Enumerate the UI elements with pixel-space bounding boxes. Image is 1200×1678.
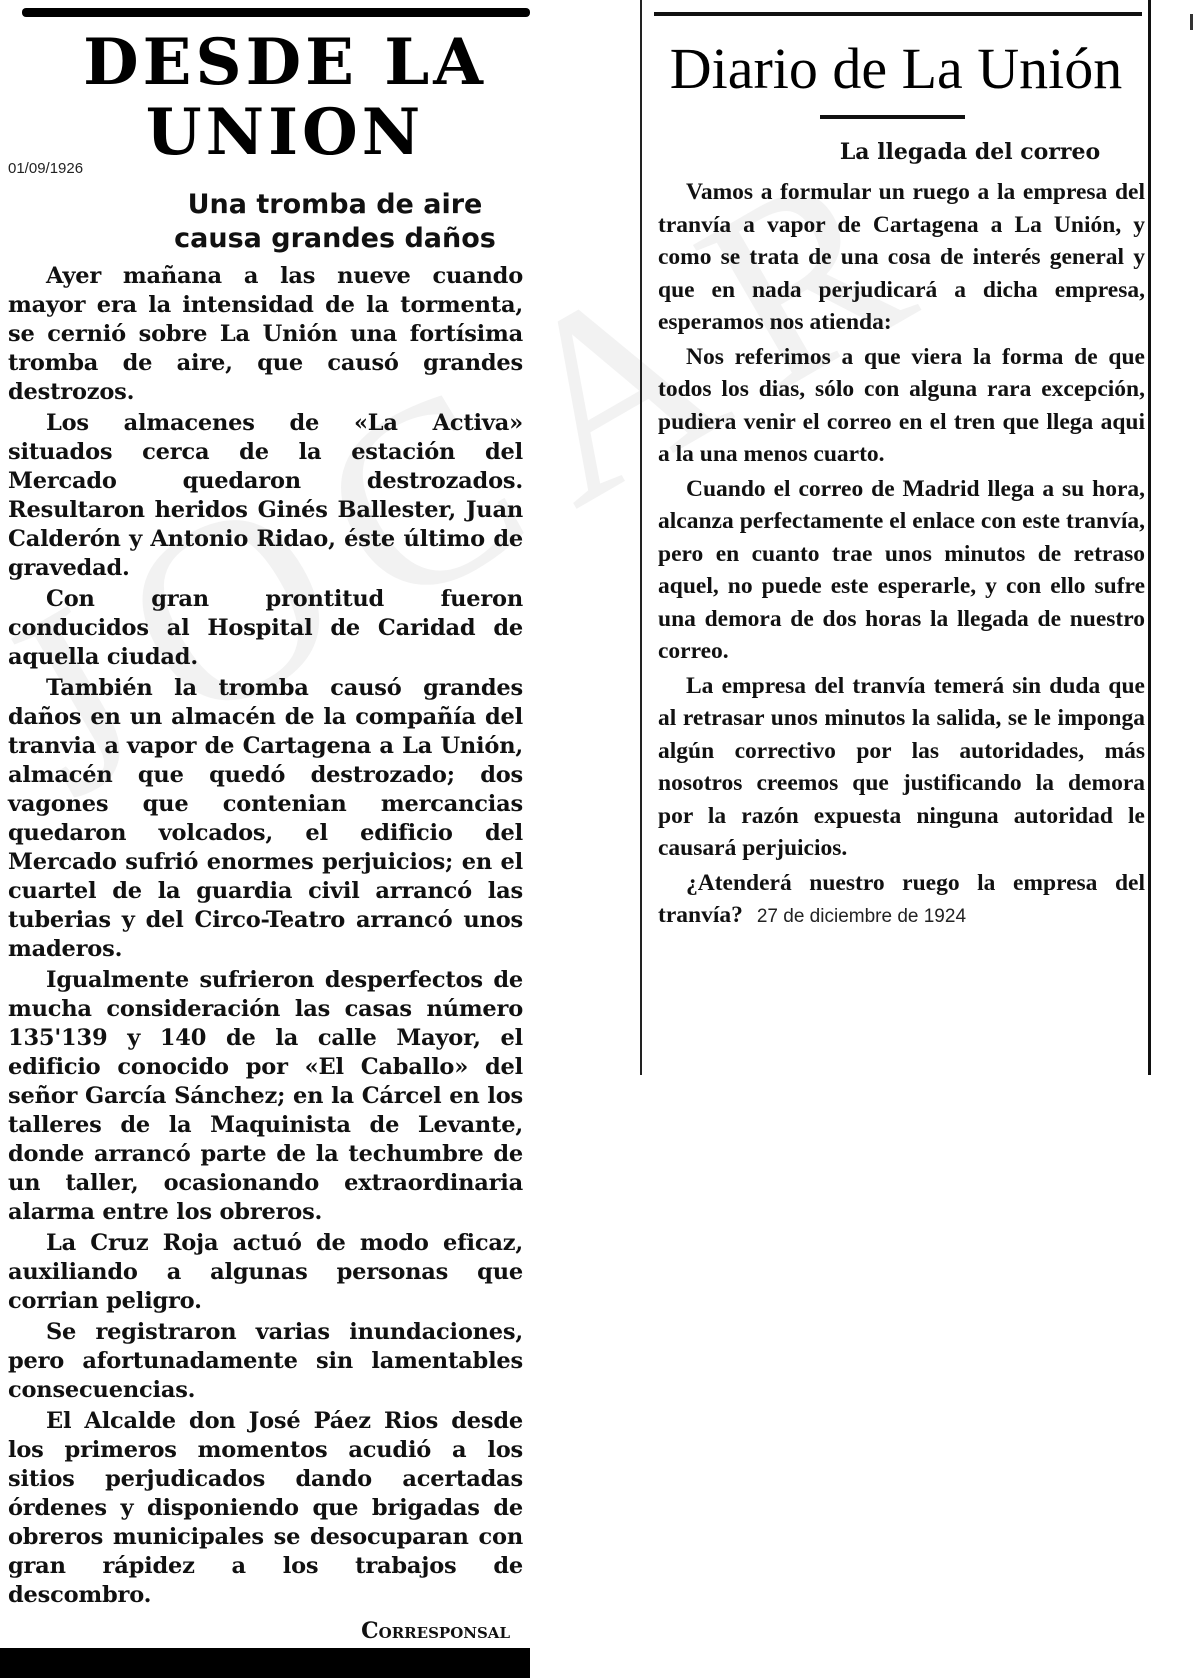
paragraph: Nos referimos a que viera la forma de qu… xyxy=(658,341,1145,471)
date-stamp: 01/09/1926 xyxy=(8,160,83,177)
column-rule-right xyxy=(1148,0,1151,1075)
article-body: Vamos a formular un ruego a la empresa d… xyxy=(658,176,1145,936)
paragraph: La empresa del tranvía temerá sin duda q… xyxy=(658,670,1145,865)
paragraph: El Alcalde don José Páez Rios desde los … xyxy=(8,1407,523,1610)
top-rule xyxy=(654,12,1142,16)
paragraph: Igualmente sufrieron desperfectos de muc… xyxy=(8,966,523,1227)
masthead-line-2: UNION xyxy=(40,98,530,168)
paragraph: Los almacenes de «La Activa» situados ce… xyxy=(8,409,523,583)
masthead-rule xyxy=(820,115,965,119)
left-newspaper-clipping: DESDE LA UNION 01/09/1926 Una tromba de … xyxy=(0,0,530,1678)
edge-mark xyxy=(1190,14,1193,30)
column-rule-left xyxy=(640,0,642,1075)
top-rule xyxy=(22,8,530,17)
headline-line-2: causa grandes daños xyxy=(150,222,520,256)
paragraph: Cuando el correo de Madrid llega a su ho… xyxy=(658,473,1145,668)
masthead: DESDE LA UNION xyxy=(40,28,530,168)
masthead-line-1: DESDE LA xyxy=(40,28,530,98)
headline: La llegada del correo xyxy=(820,138,1120,166)
closing-paragraph: ¿Atenderá nuestro ruego la empresa del t… xyxy=(658,867,1145,934)
right-newspaper-clipping: Diario de La Unión La llegada del correo… xyxy=(640,0,1160,1080)
paragraph: Vamos a formular un ruego a la empresa d… xyxy=(658,176,1145,339)
headline-line-1: Una tromba de aire xyxy=(150,188,520,222)
paragraph: Se registraron varias inundaciones, pero… xyxy=(8,1318,523,1405)
article-body: Ayer mañana a las nueve cuando mayor era… xyxy=(8,262,523,1612)
masthead: Diario de La Unión xyxy=(646,34,1146,104)
headline: Una tromba de aire causa grandes daños xyxy=(150,188,520,256)
paragraph: Con gran prontitud fueron conducidos al … xyxy=(8,585,523,672)
bottom-rule xyxy=(0,1648,530,1678)
paragraph: También la tromba causó grandes daños en… xyxy=(8,674,523,964)
paragraph: Ayer mañana a las nueve cuando mayor era… xyxy=(8,262,523,407)
paragraph: La Cruz Roja actuó de modo eficaz, auxil… xyxy=(8,1229,523,1316)
signature: Corresponsal xyxy=(361,1618,510,1644)
date-stamp: 27 de diciembre de 1924 xyxy=(757,906,966,927)
